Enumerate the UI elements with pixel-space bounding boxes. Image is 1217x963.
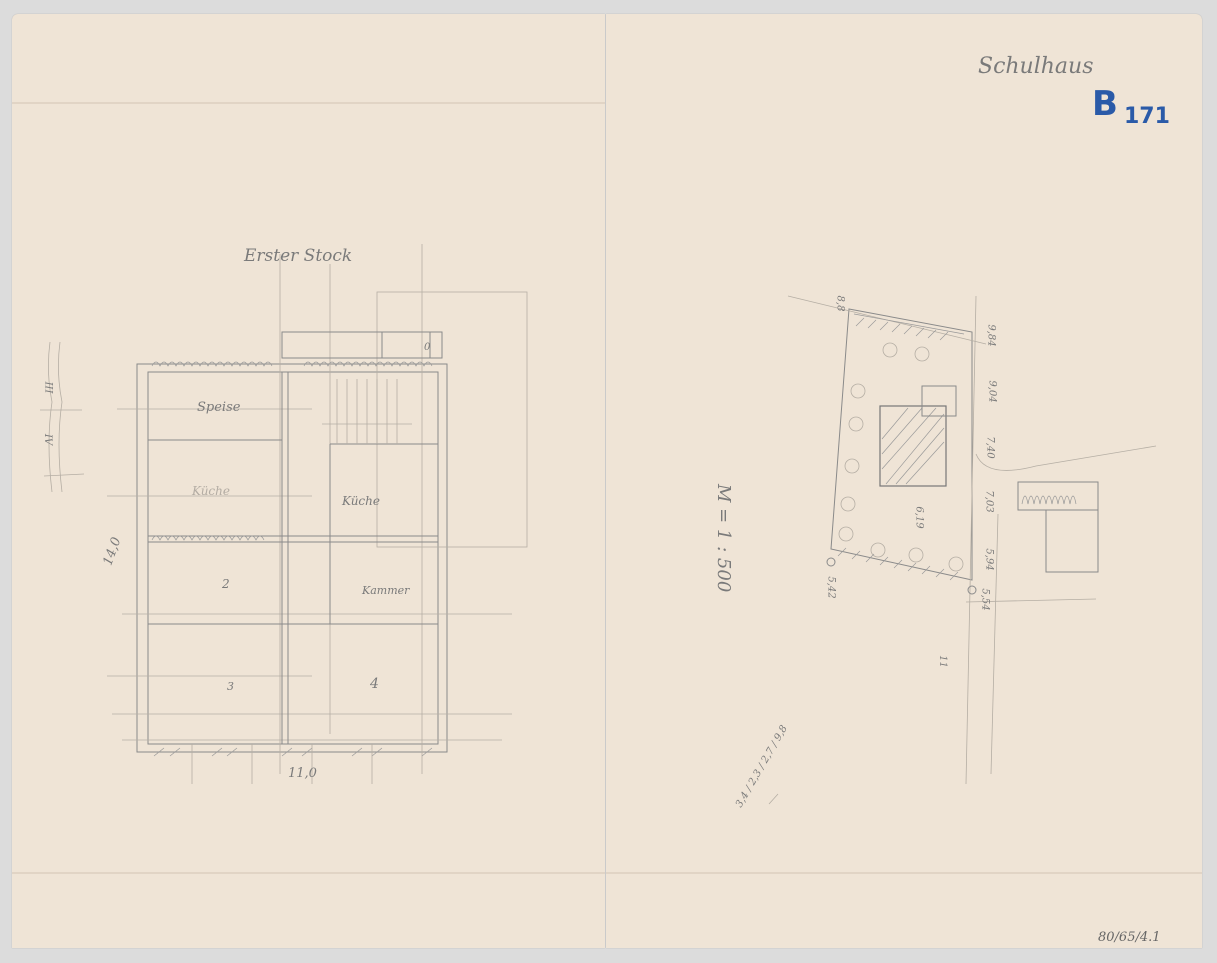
room-label: 3 [227,680,234,693]
room-label: 2 [222,577,230,591]
room-label: Küche [342,494,380,508]
elevation-label: 8,8 [834,296,845,312]
scale-label: M = 1 : 500 [713,484,734,592]
elevation-label: 9,04 [987,380,998,402]
elevation-label: 11 [937,655,948,668]
elevation-label: 7,40 [985,436,996,458]
archive-code-letter: B [1092,84,1118,124]
site-plan-drawing [606,14,1202,948]
left-page: Erster Stock Speise Küche Küche 2 Kammer… [12,14,605,948]
room-label: Küche [192,484,230,498]
elevation-label: 5,94 [984,548,995,570]
drawing-title: Erster Stock [244,246,352,266]
width-dimension: 11,0 [288,766,317,781]
elevation-label: 5,42 [826,576,837,598]
right-page: Schulhaus B 171 M = 1 : 500 8,8 9,84 9,0… [606,14,1202,948]
floor-plan-drawing [12,14,605,948]
section-mark: III [42,382,53,394]
door-mark: 0 [424,342,430,353]
elevation-label: 7,03 [984,490,995,512]
elevation-label: 6,19 [914,506,925,528]
section-mark: IV [42,434,53,445]
room-label: Kammer [362,584,409,597]
header-title: Schulhaus [978,54,1094,79]
room-label: Speise [197,400,240,415]
room-label: 4 [370,676,379,692]
elevation-label: 5,54 [980,588,991,610]
elevation-label: 9,84 [986,324,997,346]
inventory-number: 80/65/4.1 [1098,930,1161,945]
archive-code-number: 171 [1124,104,1170,129]
